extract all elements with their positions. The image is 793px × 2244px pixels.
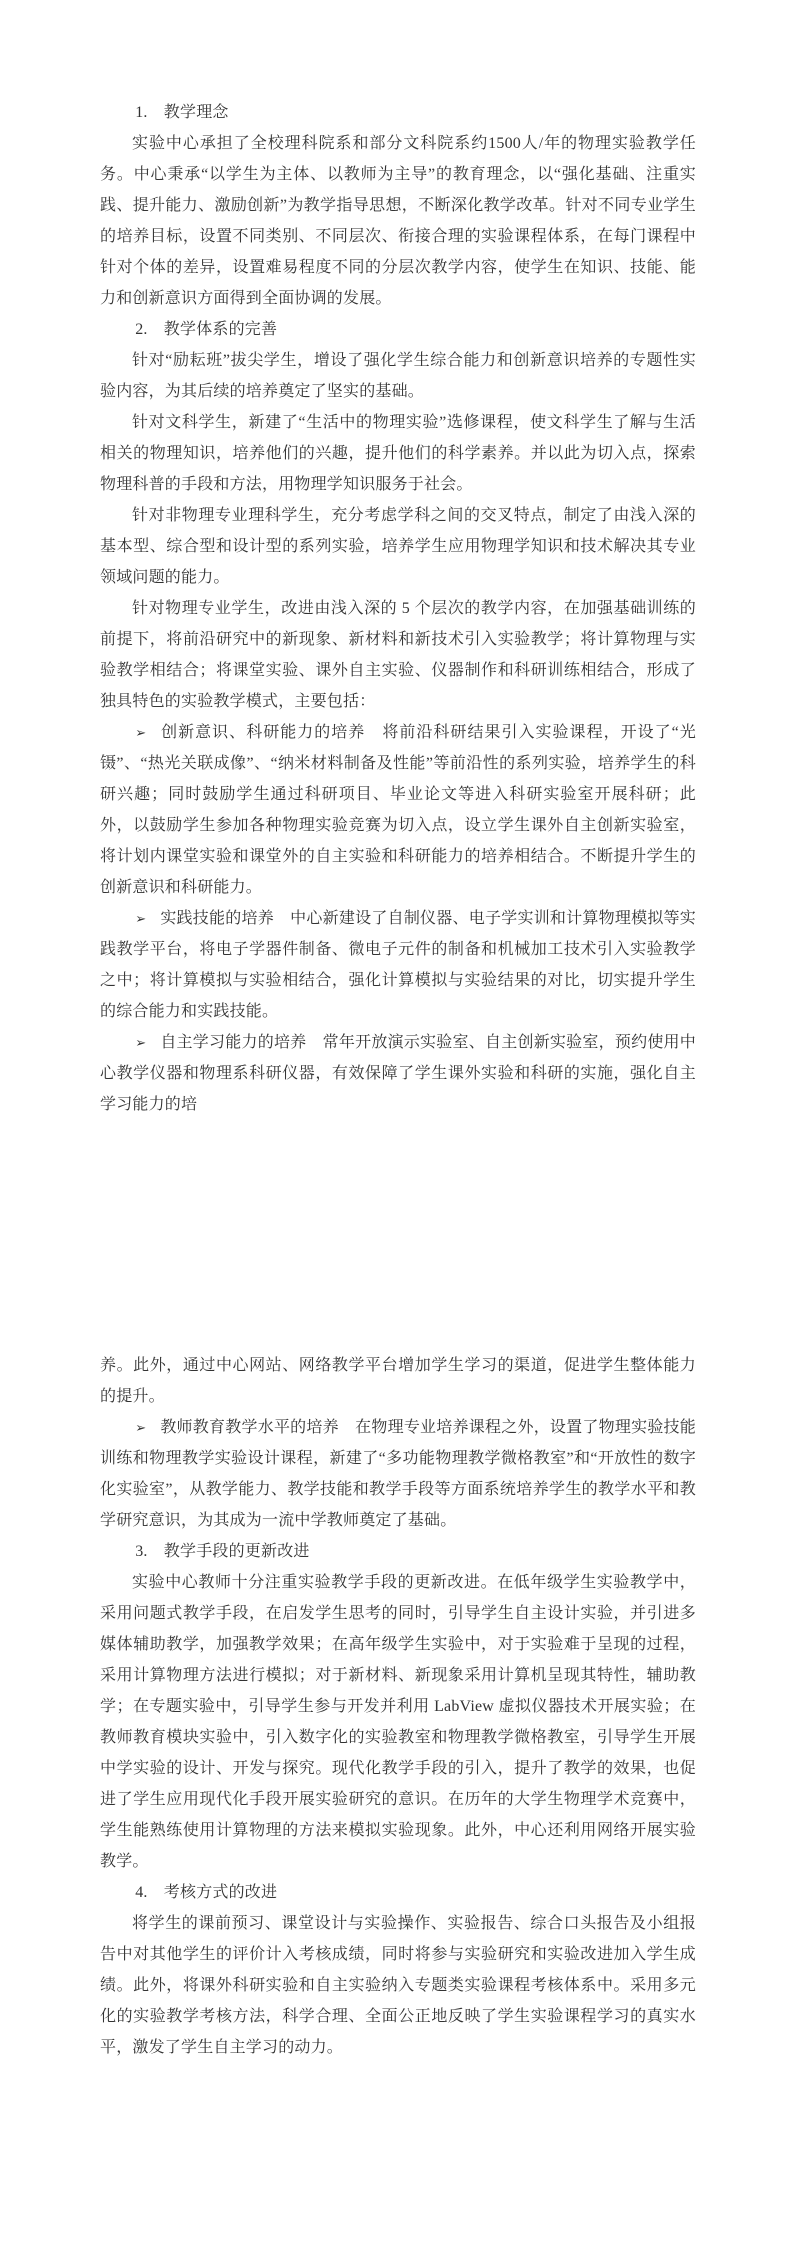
bullet-item-self-learning: ➢自主学习能力的培养 常年开放演示实验室、自主创新实验室，预约使用中心教学仪器和…: [100, 1027, 696, 1120]
section-heading-assessment: 4. 考核方式的改进: [100, 1877, 696, 1908]
arrow-bullet-icon: ➢: [135, 911, 146, 926]
arrow-bullet-icon: ➢: [135, 1420, 146, 1435]
arrow-bullet-icon: ➢: [135, 1035, 146, 1050]
bullet-text-innovation-research: 创新意识、科研能力的培养 将前沿科研结果引入实验课程，开设了“光镊”、“热光关联…: [100, 724, 696, 896]
section-heading-teaching-philosophy: 1. 教学理念: [100, 97, 696, 128]
bullet-text-practical-skills: 实践技能的培养 中心新建设了自制仪器、电子学实训和计算物理模拟等实践教学平台，将…: [100, 910, 696, 1020]
section-heading-teaching-methods: 3. 教学手段的更新改进: [100, 1536, 696, 1567]
paragraph-teaching-methods: 实验中心教师十分注重实验教学手段的更新改进。在低年级学生实验教学中，采用问题式教…: [100, 1567, 696, 1877]
section-heading-teaching-system: 2. 教学体系的完善: [100, 314, 696, 345]
bullet-text-self-learning: 自主学习能力的培养 常年开放演示实验室、自主创新实验室，预约使用中心教学仪器和物…: [100, 1034, 696, 1113]
bullet-item-teacher-education: ➢教师教育教学水平的培养 在物理专业培养课程之外，设置了物理实验技能训练和物理教…: [100, 1412, 696, 1536]
bullet-item-innovation-research: ➢创新意识、科研能力的培养 将前沿科研结果引入实验课程，开设了“光镊”、“热光关…: [100, 717, 696, 903]
document-page: 1. 教学理念 实验中心承担了全校理科院系和部分文科院系约1500人/年的物理实…: [0, 0, 793, 2244]
paragraph-teaching-philosophy: 实验中心承担了全校理科院系和部分文科院系约1500人/年的物理实验教学任务。中心…: [100, 128, 696, 314]
paragraph-physics-major-students: 针对物理专业学生，改进由浅入深的 5 个层次的教学内容，在加强基础训练的前提下，…: [100, 593, 696, 717]
paragraph-liberal-arts-students: 针对文科学生，新建了“生活中的物理实验”选修课程，使文科学生了解与生活相关的物理…: [100, 407, 696, 500]
paragraph-self-learning-continuation: 养。此外，通过中心网站、网络教学平台增加学生学习的渠道，促进学生整体能力的提升。: [100, 1350, 696, 1412]
page-break-gap: [100, 1120, 696, 1350]
bullet-text-teacher-education: 教师教育教学水平的培养 在物理专业培养课程之外，设置了物理实验技能训练和物理教学…: [100, 1419, 696, 1529]
bullet-item-practical-skills: ➢实践技能的培养 中心新建设了自制仪器、电子学实训和计算物理模拟等实践教学平台，…: [100, 903, 696, 1027]
paragraph-liyun-class: 针对“励耘班”拔尖学生，增设了强化学生综合能力和创新意识培养的专题性实验内容，为…: [100, 345, 696, 407]
paragraph-assessment: 将学生的课前预习、课堂设计与实验操作、实验报告、综合口头报告及小组报告中对其他学…: [100, 1908, 696, 2063]
arrow-bullet-icon: ➢: [135, 725, 146, 740]
paragraph-non-physics-science-students: 针对非物理专业理科学生，充分考虑学科之间的交叉特点，制定了由浅入深的基本型、综合…: [100, 500, 696, 593]
